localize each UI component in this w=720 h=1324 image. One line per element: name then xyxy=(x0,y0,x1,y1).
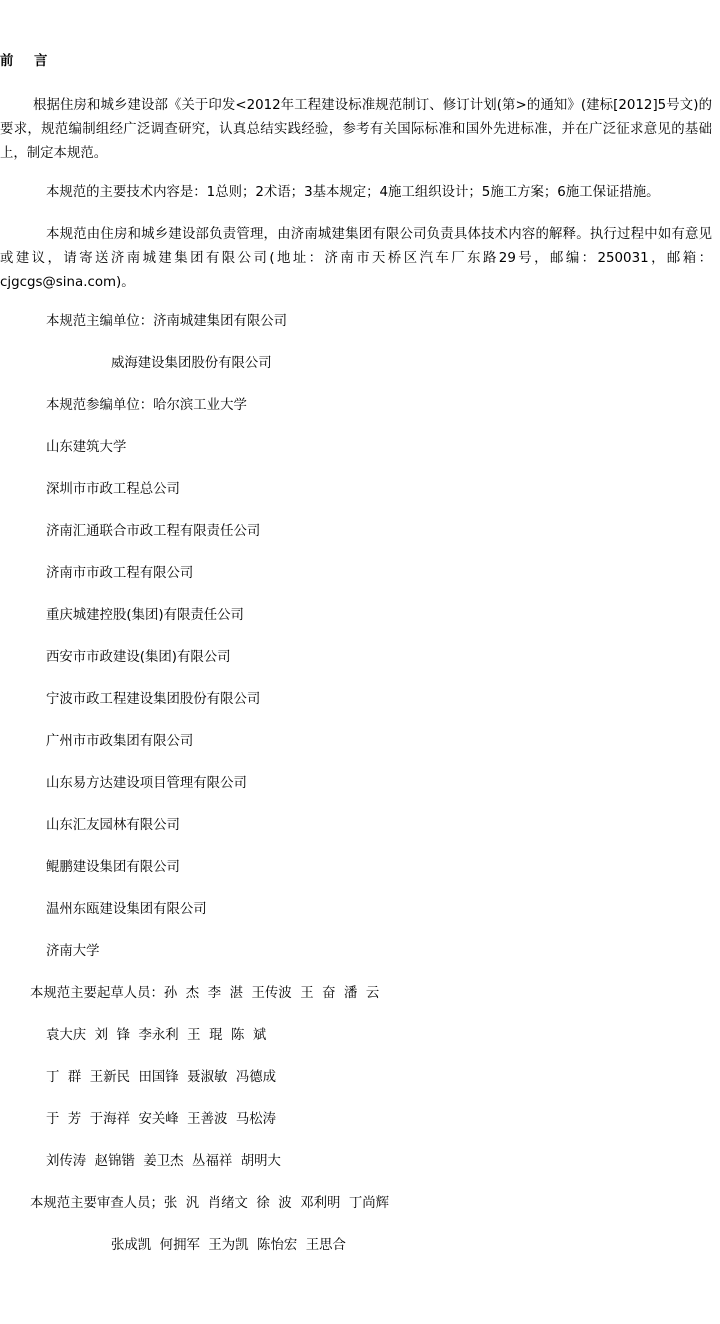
drafters-line: 袁大庆 刘 锋 李永利 王 琨 陈 斌 xyxy=(46,1026,266,1046)
participating-unit: 济南汇通联合市政工程有限责任公司 xyxy=(46,522,260,542)
participating-unit: 西安市市政建设(集团)有限公司 xyxy=(46,648,231,668)
participating-unit: 重庆城建控股(集团)有限责任公司 xyxy=(46,606,244,626)
reviewers-label: 本规范主要审查人员；张 汎 肖绪文 徐 波 邓利明 丁尚辉 xyxy=(30,1194,389,1214)
drafters-line: 刘传涛 赵锦锴 姜卫杰 丛福祥 胡明大 xyxy=(46,1152,281,1172)
drafters-label: 本规范主要起草人员：孙 杰 李 湛 王传波 王 奋 潘 云 xyxy=(30,984,379,1004)
reviewers-line: 张成凯 何拥军 王为凯 陈怡宏 王思合 xyxy=(111,1236,346,1256)
chief-editor-unit-second: 威海建设集团股份有限公司 xyxy=(111,354,272,374)
participating-unit: 山东易方达建设项目管理有限公司 xyxy=(46,774,247,794)
participating-unit: 深圳市市政工程总公司 xyxy=(46,480,180,500)
participating-unit: 山东建筑大学 xyxy=(46,438,126,458)
participating-units-label: 本规范参编单位：哈尔滨工业大学 xyxy=(46,396,247,416)
participating-unit: 宁波市政工程建设集团股份有限公司 xyxy=(46,690,260,710)
participating-unit: 山东汇友园林有限公司 xyxy=(46,816,180,836)
participating-unit: 广州市市政集团有限公司 xyxy=(46,732,193,752)
preface-paragraph-1: 根据住房和城乡建设部《关于印发<2012年工程建设标准规范制订、修订计划(第>的… xyxy=(0,94,712,166)
drafters-line: 丁 群 王新民 田国锋 聂淑敏 冯德成 xyxy=(46,1068,276,1088)
drafters-line: 于 芳 于海祥 安关峰 王善波 马松涛 xyxy=(46,1110,276,1130)
participating-unit: 济南市市政工程有限公司 xyxy=(46,564,193,584)
preface-paragraph-3: 本规范由住房和城乡建设部负责管理，由济南城建集团有限公司负责具体技术内容的解释。… xyxy=(0,223,712,295)
participating-unit: 温州东瓯建设集团有限公司 xyxy=(46,900,207,920)
preface-paragraph-2: 本规范的主要技术内容是：1总则；2术语；3基本规定；4施工组织设计；5施工方案；… xyxy=(0,181,712,205)
participating-unit: 济南大学 xyxy=(46,942,100,962)
participating-unit: 鲲鹏建设集团有限公司 xyxy=(46,858,180,878)
preface-heading: 前 言 xyxy=(0,52,55,72)
chief-editor-unit: 本规范主编单位：济南城建集团有限公司 xyxy=(46,312,287,332)
